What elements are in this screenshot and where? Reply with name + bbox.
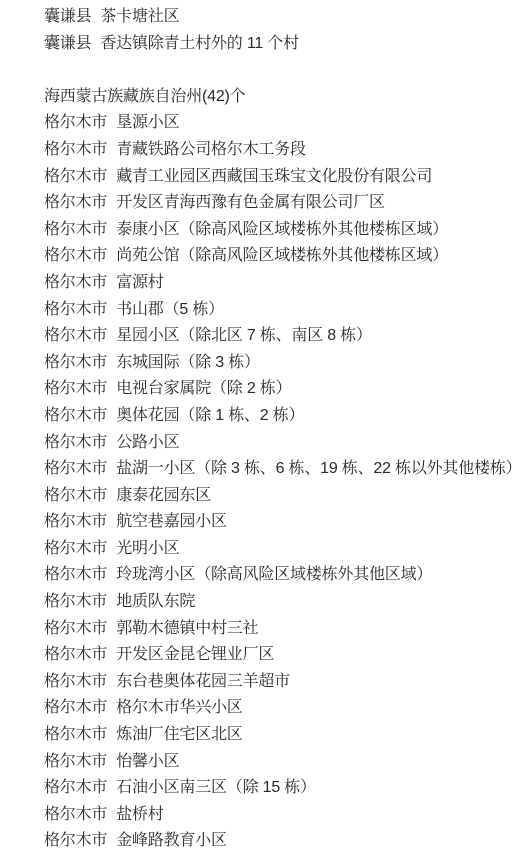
list-item: 格尔木市盐湖一小区（除 3 栋、6 栋、19 栋、22 栋以外其他楼栋）: [44, 456, 518, 483]
intro-area-list: 囊谦县茶卡塘社区囊谦县香达镇除青土村外的 11 个村: [44, 4, 518, 57]
place-label: 藏青工业园区西藏国玉珠宝文化股份有限公司: [116, 168, 432, 185]
list-item: 格尔木市电视台家属院（除 2 栋）: [44, 376, 518, 403]
list-item: 格尔木市怡馨小区: [44, 749, 518, 776]
list-item: 格尔木市青藏铁路公司格尔木工务段: [44, 137, 518, 164]
region-label: 格尔木市: [44, 673, 107, 690]
region-label: 格尔木市: [44, 407, 107, 424]
list-item: 格尔木市东城国际（除 3 栋）: [44, 350, 518, 377]
region-label: 格尔木市: [44, 646, 107, 663]
region-label: 格尔木市: [44, 194, 107, 211]
place-label: 东台巷奥体花园三羊超市: [116, 673, 290, 690]
list-item: 格尔木市尚苑公馆（除高风险区域楼栋外其他楼栋区域）: [44, 243, 518, 270]
list-item: 格尔木市公路小区: [44, 430, 518, 457]
list-item: 格尔木市开发区青海西豫有色金属有限公司厂区: [44, 190, 518, 217]
prefecture-area-list: 格尔木市垦源小区格尔木市青藏铁路公司格尔木工务段格尔木市藏青工业园区西藏国玉珠宝…: [44, 110, 518, 852]
region-label: 格尔木市: [44, 753, 107, 770]
region-label: 格尔木市: [44, 460, 107, 477]
region-label: 格尔木市: [44, 274, 107, 291]
list-item: 格尔木市格尔木市华兴小区: [44, 695, 518, 722]
place-label: 开发区金昆仑锂业厂区: [116, 646, 274, 663]
place-label: 泰康小区（除高风险区域楼栋外其他楼栋区域）: [116, 221, 448, 238]
region-label: 格尔木市: [44, 540, 107, 557]
list-item: 格尔木市藏青工业园区西藏国玉珠宝文化股份有限公司: [44, 164, 518, 191]
region-label: 格尔木市: [44, 593, 107, 610]
region-label: 格尔木市: [44, 726, 107, 743]
region-label: 格尔木市: [44, 779, 107, 796]
list-item: 格尔木市奥体花园（除 1 栋、2 栋）: [44, 403, 518, 430]
region-label: 格尔木市: [44, 513, 107, 530]
place-label: 茶卡塘社区: [100, 8, 179, 25]
region-label: 囊谦县: [44, 8, 91, 25]
place-label: 开发区青海西豫有色金属有限公司厂区: [116, 194, 385, 211]
region-label: 格尔木市: [44, 620, 107, 637]
list-item: 格尔木市书山郡（5 栋）: [44, 297, 518, 324]
region-label: 格尔木市: [44, 832, 107, 849]
risk-area-document: 囊谦县茶卡塘社区囊谦县香达镇除青土村外的 11 个村 海西蒙古族藏族自治州(42…: [0, 0, 526, 852]
place-label: 东城国际（除 3 栋）: [116, 354, 260, 371]
place-label: 香达镇除青土村外的 11 个村: [100, 35, 299, 52]
place-label: 书山郡（5 栋）: [116, 301, 224, 318]
place-label: 富源村: [116, 274, 163, 291]
region-label: 格尔木市: [44, 566, 107, 583]
list-item: 格尔木市航空巷嘉园小区: [44, 509, 518, 536]
place-label: 郭勒木德镇中村三社: [116, 620, 258, 637]
region-label: 格尔木市: [44, 354, 107, 371]
list-item: 格尔木市开发区金昆仑锂业厂区: [44, 642, 518, 669]
place-label: 格尔木市华兴小区: [116, 699, 242, 716]
list-item: 格尔木市金峰路教育小区: [44, 828, 518, 852]
place-label: 星园小区（除北区 7 栋、南区 8 栋）: [116, 327, 372, 344]
list-item: 格尔木市泰康小区（除高风险区域楼栋外其他楼栋区域）: [44, 217, 518, 244]
region-label: 格尔木市: [44, 327, 107, 344]
place-label: 盐桥村: [116, 806, 163, 823]
place-label: 金峰路教育小区: [116, 832, 227, 849]
place-label: 航空巷嘉园小区: [116, 513, 227, 530]
region-label: 格尔木市: [44, 168, 107, 185]
place-label: 玲珑湾小区（除高风险区域楼栋外其他区域）: [116, 566, 432, 583]
place-label: 垦源小区: [116, 114, 179, 131]
region-label: 格尔木市: [44, 247, 107, 264]
list-item: 囊谦县茶卡塘社区: [44, 4, 518, 31]
region-label: 格尔木市: [44, 699, 107, 716]
place-label: 炼油厂住宅区北区: [116, 726, 242, 743]
place-label: 奥体花园（除 1 栋、2 栋）: [116, 407, 304, 424]
list-item: 格尔木市光明小区: [44, 536, 518, 563]
region-label: 囊谦县: [44, 35, 91, 52]
list-item: 格尔木市盐桥村: [44, 802, 518, 829]
place-label: 地质队东院: [116, 593, 195, 610]
region-label: 格尔木市: [44, 380, 107, 397]
place-label: 康泰花园东区: [116, 487, 211, 504]
prefecture-heading: 海西蒙古族藏族自治州(42)个: [44, 84, 518, 111]
place-label: 盐湖一小区（除 3 栋、6 栋、19 栋、22 栋以外其他楼栋）: [116, 460, 521, 477]
list-item: 格尔木市东台巷奥体花园三羊超市: [44, 669, 518, 696]
region-label: 格尔木市: [44, 487, 107, 504]
place-label: 石油小区南三区（除 15 栋）: [116, 779, 316, 796]
list-item: 格尔木市炼油厂住宅区北区: [44, 722, 518, 749]
region-label: 格尔木市: [44, 806, 107, 823]
list-item: 格尔木市垦源小区: [44, 110, 518, 137]
list-item: 格尔木市玲珑湾小区（除高风险区域楼栋外其他区域）: [44, 562, 518, 589]
list-item: 格尔木市地质队东院: [44, 589, 518, 616]
region-label: 格尔木市: [44, 301, 107, 318]
list-item: 囊谦县香达镇除青土村外的 11 个村: [44, 31, 518, 58]
list-item: 格尔木市康泰花园东区: [44, 483, 518, 510]
place-label: 公路小区: [116, 434, 179, 451]
place-label: 怡馨小区: [116, 753, 179, 770]
place-label: 光明小区: [116, 540, 179, 557]
region-label: 格尔木市: [44, 221, 107, 238]
list-item: 格尔木市星园小区（除北区 7 栋、南区 8 栋）: [44, 323, 518, 350]
place-label: 电视台家属院（除 2 栋）: [116, 380, 291, 397]
list-item: 格尔木市石油小区南三区（除 15 栋）: [44, 775, 518, 802]
place-label: 尚苑公馆（除高风险区域楼栋外其他楼栋区域）: [116, 247, 448, 264]
list-item: 格尔木市富源村: [44, 270, 518, 297]
region-label: 格尔木市: [44, 114, 107, 131]
region-label: 格尔木市: [44, 434, 107, 451]
list-item: 格尔木市郭勒木德镇中村三社: [44, 616, 518, 643]
blank-line: [44, 57, 518, 84]
place-label: 青藏铁路公司格尔木工务段: [116, 141, 306, 158]
region-label: 格尔木市: [44, 141, 107, 158]
